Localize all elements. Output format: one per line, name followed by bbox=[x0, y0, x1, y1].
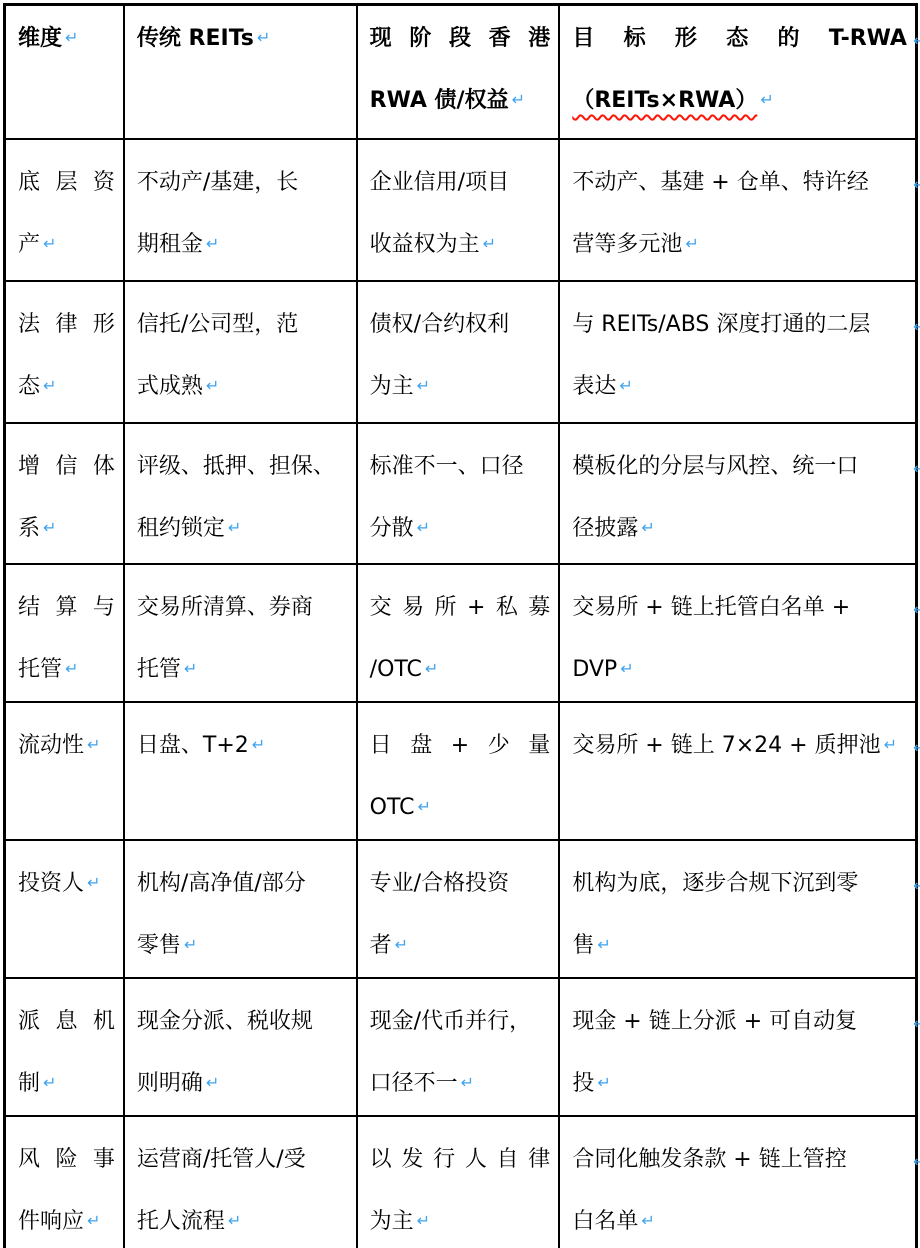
cell-r5-c1[interactable]: 日盘、T+2↵ bbox=[124, 702, 357, 840]
text-line: 结算与 bbox=[18, 577, 115, 639]
text-line: 态↵ bbox=[18, 356, 115, 418]
paragraph-mark-icon: ↵ bbox=[206, 234, 219, 253]
paragraph-mark-icon: ↵ bbox=[43, 234, 56, 253]
paragraph-mark-icon: ↵ bbox=[87, 735, 100, 754]
text-line: 为主↵ bbox=[370, 356, 551, 418]
paragraph-mark-icon: ↵ bbox=[417, 376, 430, 395]
text-line: 目标形态的T-RWA bbox=[572, 8, 907, 70]
table-row: 增信体系↵评级、抵押、担保、租约锁定↵标准不一、口径分散↵模板化的分层与风控、统… bbox=[5, 423, 917, 564]
row-end-paragraph-mark-icon: ↵ bbox=[913, 600, 920, 620]
row-end-paragraph-mark-icon: ↵ bbox=[913, 31, 920, 51]
cell-r1-c2[interactable]: 企业信用/项目收益权为主↵ bbox=[357, 139, 560, 281]
text-line: 以发行人自律 bbox=[370, 1129, 551, 1191]
text-line: 件响应↵ bbox=[18, 1191, 115, 1248]
text-line: 系↵ bbox=[18, 498, 115, 560]
cell-r3-c1[interactable]: 评级、抵押、担保、租约锁定↵ bbox=[124, 423, 357, 564]
cell-r8-c1[interactable]: 运营商/托管人/受托人流程↵ bbox=[124, 1116, 357, 1248]
cell-r3-c2[interactable]: 标准不一、口径分散↵ bbox=[357, 423, 560, 564]
header-cell-1[interactable]: 传统 REITs↵ bbox=[124, 5, 357, 139]
text-line: 者↵ bbox=[370, 915, 551, 977]
text-line: 日盘+少量 bbox=[370, 715, 551, 777]
paragraph-mark-icon: ↵ bbox=[395, 935, 408, 954]
header-cell-3[interactable]: 目标形态的T-RWA（REITs×RWA）↵ bbox=[559, 5, 916, 139]
table-row: 流动性↵日盘、T+2↵日盘+少量OTC↵交易所 + 链上 7×24 + 质押池↵ bbox=[5, 702, 917, 840]
table-row: 投资人↵机构/高净值/部分零售↵专业/合格投资者↵机构为底，逐步合规下沉到零售↵ bbox=[5, 840, 917, 978]
paragraph-mark-icon: ↵ bbox=[597, 935, 610, 954]
text-line: 交易所 + 链上托管白名单 + bbox=[572, 577, 907, 639]
paragraph-mark-icon: ↵ bbox=[641, 518, 654, 537]
text-line: 租约锁定↵ bbox=[137, 498, 348, 560]
paragraph-mark-icon: ↵ bbox=[43, 1073, 56, 1092]
paragraph-mark-icon: ↵ bbox=[252, 735, 265, 754]
cell-r2-c1[interactable]: 信托/公司型，范式成熟↵ bbox=[124, 281, 357, 423]
text-line: 派息机 bbox=[18, 991, 115, 1053]
paragraph-mark-icon: ↵ bbox=[461, 1073, 474, 1092]
spellcheck-wavy-underline: （REITs×RWA） bbox=[572, 88, 757, 113]
row-end-paragraph-mark-icon: ↵ bbox=[913, 1152, 920, 1172]
text-line: 口径不一↵ bbox=[370, 1053, 551, 1115]
row-end-paragraph-mark-icon: ↵ bbox=[913, 738, 920, 758]
row-end-paragraph-mark-icon: ↵ bbox=[913, 317, 920, 337]
cell-r3-c3[interactable]: 模板化的分层与风控、统一口径披露↵ bbox=[559, 423, 916, 564]
text-line: /OTC↵ bbox=[370, 639, 551, 701]
paragraph-mark-icon: ↵ bbox=[228, 1211, 241, 1230]
text-line: 投资人↵ bbox=[18, 853, 115, 915]
text-line: 为主↵ bbox=[370, 1191, 551, 1248]
cell-r2-c3[interactable]: 与 REITs/ABS 深度打通的二层表达↵ bbox=[559, 281, 916, 423]
cell-r7-c3[interactable]: 现金 + 链上分派 + 可自动复投↵ bbox=[559, 978, 916, 1116]
text-line: 现金分派、税收规 bbox=[137, 991, 348, 1053]
text-line: 标准不一、口径 bbox=[370, 436, 551, 498]
cell-r7-c2[interactable]: 现金/代币并行，口径不一↵ bbox=[357, 978, 560, 1116]
paragraph-mark-icon: ↵ bbox=[43, 376, 56, 395]
paragraph-mark-icon: ↵ bbox=[760, 90, 773, 109]
text-line: 合同化触发条款 + 链上管控 bbox=[572, 1129, 907, 1191]
cell-r6-c1[interactable]: 机构/高净值/部分零售↵ bbox=[124, 840, 357, 978]
text-line: 期租金↵ bbox=[137, 214, 348, 276]
text-line: （REITs×RWA）↵ bbox=[572, 70, 907, 132]
text-line: 产↵ bbox=[18, 214, 115, 276]
text-line: DVP↵ bbox=[572, 639, 907, 701]
text-line: 交易所清算、券商 bbox=[137, 577, 348, 639]
row-end-paragraph-mark-icon: ↵ bbox=[913, 175, 920, 195]
paragraph-mark-icon: ↵ bbox=[417, 518, 430, 537]
cell-r6-c0[interactable]: 投资人↵ bbox=[5, 840, 124, 978]
cell-r2-c0[interactable]: 法律形态↵ bbox=[5, 281, 124, 423]
cell-r2-c2[interactable]: 债权/合约权利为主↵ bbox=[357, 281, 560, 423]
row-end-paragraph-mark-icon: ↵ bbox=[913, 1014, 920, 1034]
text-line: 分散↵ bbox=[370, 498, 551, 560]
text-line: 债权/合约权利 bbox=[370, 294, 551, 356]
text-line: 交易所+私募 bbox=[370, 577, 551, 639]
table-row: 底层资产↵不动产/基建，长期租金↵企业信用/项目收益权为主↵不动产、基建 + 仓… bbox=[5, 139, 917, 281]
table-body: 维度↵传统 REITs↵现阶段香港RWA 债/权益↵目标形态的T-RWA（REI… bbox=[5, 5, 917, 1248]
paragraph-mark-icon: ↵ bbox=[425, 659, 438, 678]
cell-r3-c0[interactable]: 增信体系↵ bbox=[5, 423, 124, 564]
text-line: 现金/代币并行， bbox=[370, 991, 551, 1053]
table-row: 法律形态↵信托/公司型，范式成熟↵债权/合约权利为主↵与 REITs/ABS 深… bbox=[5, 281, 917, 423]
cell-r7-c0[interactable]: 派息机制↵ bbox=[5, 978, 124, 1116]
cell-r6-c3[interactable]: 机构为底，逐步合规下沉到零售↵ bbox=[559, 840, 916, 978]
text-line: 表达↵ bbox=[572, 356, 907, 418]
paragraph-mark-icon: ↵ bbox=[65, 28, 78, 47]
paragraph-mark-icon: ↵ bbox=[597, 1073, 610, 1092]
text-line: 模板化的分层与风控、统一口 bbox=[572, 436, 907, 498]
text-line: 则明确↵ bbox=[137, 1053, 348, 1115]
text-line: 机构为底，逐步合规下沉到零 bbox=[572, 853, 907, 915]
comparison-table: 维度↵传统 REITs↵现阶段香港RWA 债/权益↵目标形态的T-RWA（REI… bbox=[3, 3, 918, 1248]
text-line: 营等多元池↵ bbox=[572, 214, 907, 276]
cell-r1-c0[interactable]: 底层资产↵ bbox=[5, 139, 124, 281]
paragraph-mark-icon: ↵ bbox=[641, 1211, 654, 1230]
table-row: 结算与托管↵交易所清算、券商托管↵交易所+私募/OTC↵交易所 + 链上托管白名… bbox=[5, 564, 917, 702]
text-line: 风险事 bbox=[18, 1129, 115, 1191]
row-end-paragraph-mark-icon: ↵ bbox=[913, 876, 920, 896]
cell-r4-c0[interactable]: 结算与托管↵ bbox=[5, 564, 124, 702]
paragraph-mark-icon: ↵ bbox=[417, 797, 430, 816]
paragraph-mark-icon: ↵ bbox=[184, 935, 197, 954]
text-line: 运营商/托管人/受 bbox=[137, 1129, 348, 1191]
cell-r5-c3[interactable]: 交易所 + 链上 7×24 + 质押池↵ bbox=[559, 702, 916, 840]
text-line: 制↵ bbox=[18, 1053, 115, 1115]
text-line: 底层资 bbox=[18, 152, 115, 214]
table-row: 风险事件响应↵运营商/托管人/受托人流程↵以发行人自律为主↵合同化触发条款 + … bbox=[5, 1116, 917, 1248]
text-line: 信托/公司型，范 bbox=[137, 294, 348, 356]
cell-r8-c3[interactable]: 合同化触发条款 + 链上管控白名单↵ bbox=[559, 1116, 916, 1248]
text-line: 托人流程↵ bbox=[137, 1191, 348, 1248]
paragraph-mark-icon: ↵ bbox=[184, 659, 197, 678]
text-line: 售↵ bbox=[572, 915, 907, 977]
cell-r8-c0[interactable]: 风险事件响应↵ bbox=[5, 1116, 124, 1248]
cell-r1-c3[interactable]: 不动产、基建 + 仓单、特许经营等多元池↵ bbox=[559, 139, 916, 281]
text-line: 白名单↵ bbox=[572, 1191, 907, 1248]
text-line: 评级、抵押、担保、 bbox=[137, 436, 348, 498]
text-line: OTC↵ bbox=[370, 777, 551, 839]
cell-r4-c1[interactable]: 交易所清算、券商托管↵ bbox=[124, 564, 357, 702]
cell-r8-c2[interactable]: 以发行人自律为主↵ bbox=[357, 1116, 560, 1248]
paragraph-mark-icon: ↵ bbox=[87, 1211, 100, 1230]
text-line: 交易所 + 链上 7×24 + 质押池↵ bbox=[572, 715, 907, 777]
paragraph-mark-icon: ↵ bbox=[43, 518, 56, 537]
paragraph-mark-icon: ↵ bbox=[620, 659, 633, 678]
text-line: 流动性↵ bbox=[18, 715, 115, 777]
paragraph-mark-icon: ↵ bbox=[257, 28, 270, 47]
header-cell-0[interactable]: 维度↵ bbox=[5, 5, 124, 139]
text-line: 径披露↵ bbox=[572, 498, 907, 560]
paragraph-mark-icon: ↵ bbox=[685, 234, 698, 253]
text-line: 日盘、T+2↵ bbox=[137, 715, 348, 777]
cell-r6-c2[interactable]: 专业/合格投资者↵ bbox=[357, 840, 560, 978]
text-line: 投↵ bbox=[572, 1053, 907, 1115]
text-line: 与 REITs/ABS 深度打通的二层 bbox=[572, 294, 907, 356]
text-line: 法律形 bbox=[18, 294, 115, 356]
header-row: 维度↵传统 REITs↵现阶段香港RWA 债/权益↵目标形态的T-RWA（REI… bbox=[5, 5, 917, 139]
cell-r5-c0[interactable]: 流动性↵ bbox=[5, 702, 124, 840]
paragraph-mark-icon: ↵ bbox=[619, 376, 632, 395]
cell-r4-c2[interactable]: 交易所+私募/OTC↵ bbox=[357, 564, 560, 702]
table-row: 派息机制↵现金分派、税收规则明确↵现金/代币并行，口径不一↵现金 + 链上分派 … bbox=[5, 978, 917, 1116]
text-line: 不动产/基建，长 bbox=[137, 152, 348, 214]
row-end-paragraph-mark-icon: ↵ bbox=[913, 459, 920, 479]
page: 维度↵传统 REITs↵现阶段香港RWA 债/权益↵目标形态的T-RWA（REI… bbox=[0, 0, 920, 1248]
paragraph-mark-icon: ↵ bbox=[512, 90, 525, 109]
cell-r5-c2[interactable]: 日盘+少量OTC↵ bbox=[357, 702, 560, 840]
cell-r4-c3[interactable]: 交易所 + 链上托管白名单 +DVP↵ bbox=[559, 564, 916, 702]
text-line: 收益权为主↵ bbox=[370, 214, 551, 276]
text-line: 托管↵ bbox=[137, 639, 348, 701]
paragraph-mark-icon: ↵ bbox=[87, 873, 100, 892]
text-line: 托管↵ bbox=[18, 639, 115, 701]
text-line: 专业/合格投资 bbox=[370, 853, 551, 915]
paragraph-mark-icon: ↵ bbox=[206, 1073, 219, 1092]
cell-r1-c1[interactable]: 不动产/基建，长期租金↵ bbox=[124, 139, 357, 281]
text-line: 企业信用/项目 bbox=[370, 152, 551, 214]
text-line: 维度↵ bbox=[18, 8, 115, 70]
paragraph-mark-icon: ↵ bbox=[483, 234, 496, 253]
cell-r7-c1[interactable]: 现金分派、税收规则明确↵ bbox=[124, 978, 357, 1116]
text-line: 现阶段香港 bbox=[370, 8, 551, 70]
text-line: 式成熟↵ bbox=[137, 356, 348, 418]
text-line: RWA 债/权益↵ bbox=[370, 70, 551, 132]
paragraph-mark-icon: ↵ bbox=[884, 735, 897, 754]
text-line: 现金 + 链上分派 + 可自动复 bbox=[572, 991, 907, 1053]
text-line: 增信体 bbox=[18, 436, 115, 498]
text-line: 不动产、基建 + 仓单、特许经 bbox=[572, 152, 907, 214]
paragraph-mark-icon: ↵ bbox=[417, 1211, 430, 1230]
text-line: 机构/高净值/部分 bbox=[137, 853, 348, 915]
paragraph-mark-icon: ↵ bbox=[206, 376, 219, 395]
text-line: 传统 REITs↵ bbox=[137, 8, 348, 70]
header-cell-2[interactable]: 现阶段香港RWA 债/权益↵ bbox=[357, 5, 560, 139]
text-line: 零售↵ bbox=[137, 915, 348, 977]
paragraph-mark-icon: ↵ bbox=[65, 659, 78, 678]
paragraph-mark-icon: ↵ bbox=[228, 518, 241, 537]
